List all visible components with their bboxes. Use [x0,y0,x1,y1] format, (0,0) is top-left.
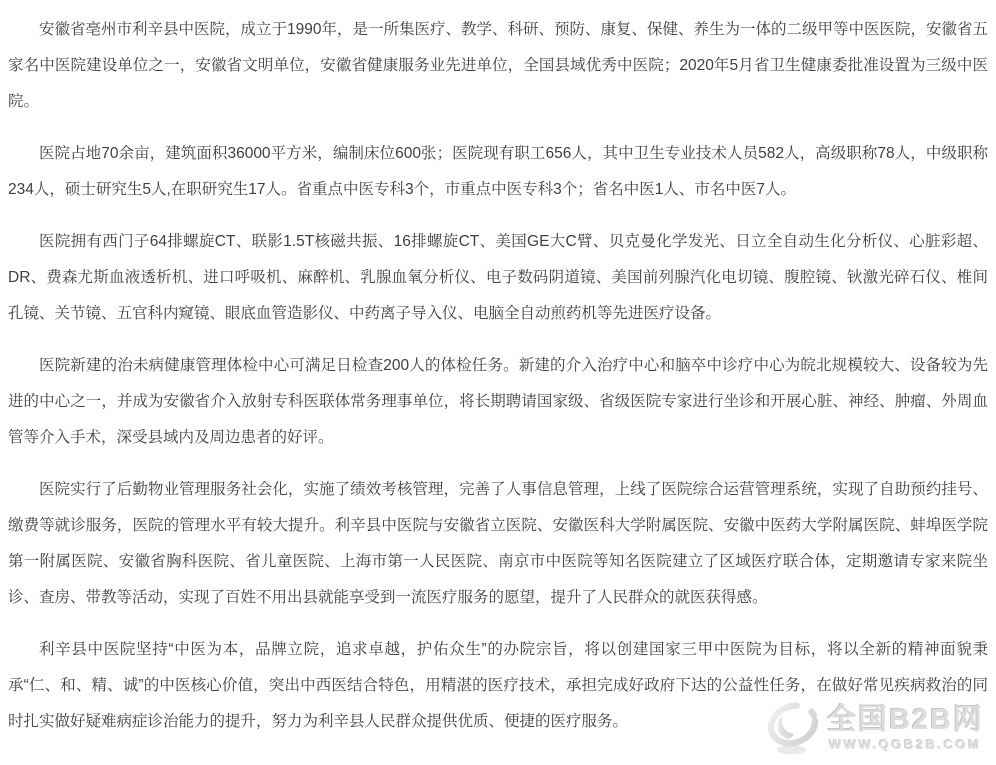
paragraph-mission: 利辛县中医院坚持“中医为本，品牌立院，追求卓越，护佑众生”的办院宗旨，将以创建国… [8,632,988,740]
paragraph-statistics: 医院占地70余亩，建筑面积36000平方米，编制床位600张；医院现有职工656… [8,136,988,208]
paragraph-equipment: 医院拥有西门子64排螺旋CT、联影1.5T核磁共振、16排螺旋CT、美国GE大C… [8,224,988,332]
hospital-introduction-article: 安徽省亳州市利辛县中医院，成立于1990年，是一所集医疗、教学、科研、预防、康复… [0,12,996,740]
article-page: 安徽省亳州市利辛县中医院，成立于1990年，是一所集医疗、教学、科研、预防、康复… [0,0,996,765]
paragraph-management: 医院实行了后勤物业管理服务社会化，实施了绩效考核管理，完善了人事信息管理，上线了… [8,472,988,616]
paragraph-centers: 医院新建的治未病健康管理体检中心可满足日检查200人的体检任务。新建的介入治疗中… [8,348,988,456]
paragraph-overview: 安徽省亳州市利辛县中医院，成立于1990年，是一所集医疗、教学、科研、预防、康复… [8,12,988,120]
